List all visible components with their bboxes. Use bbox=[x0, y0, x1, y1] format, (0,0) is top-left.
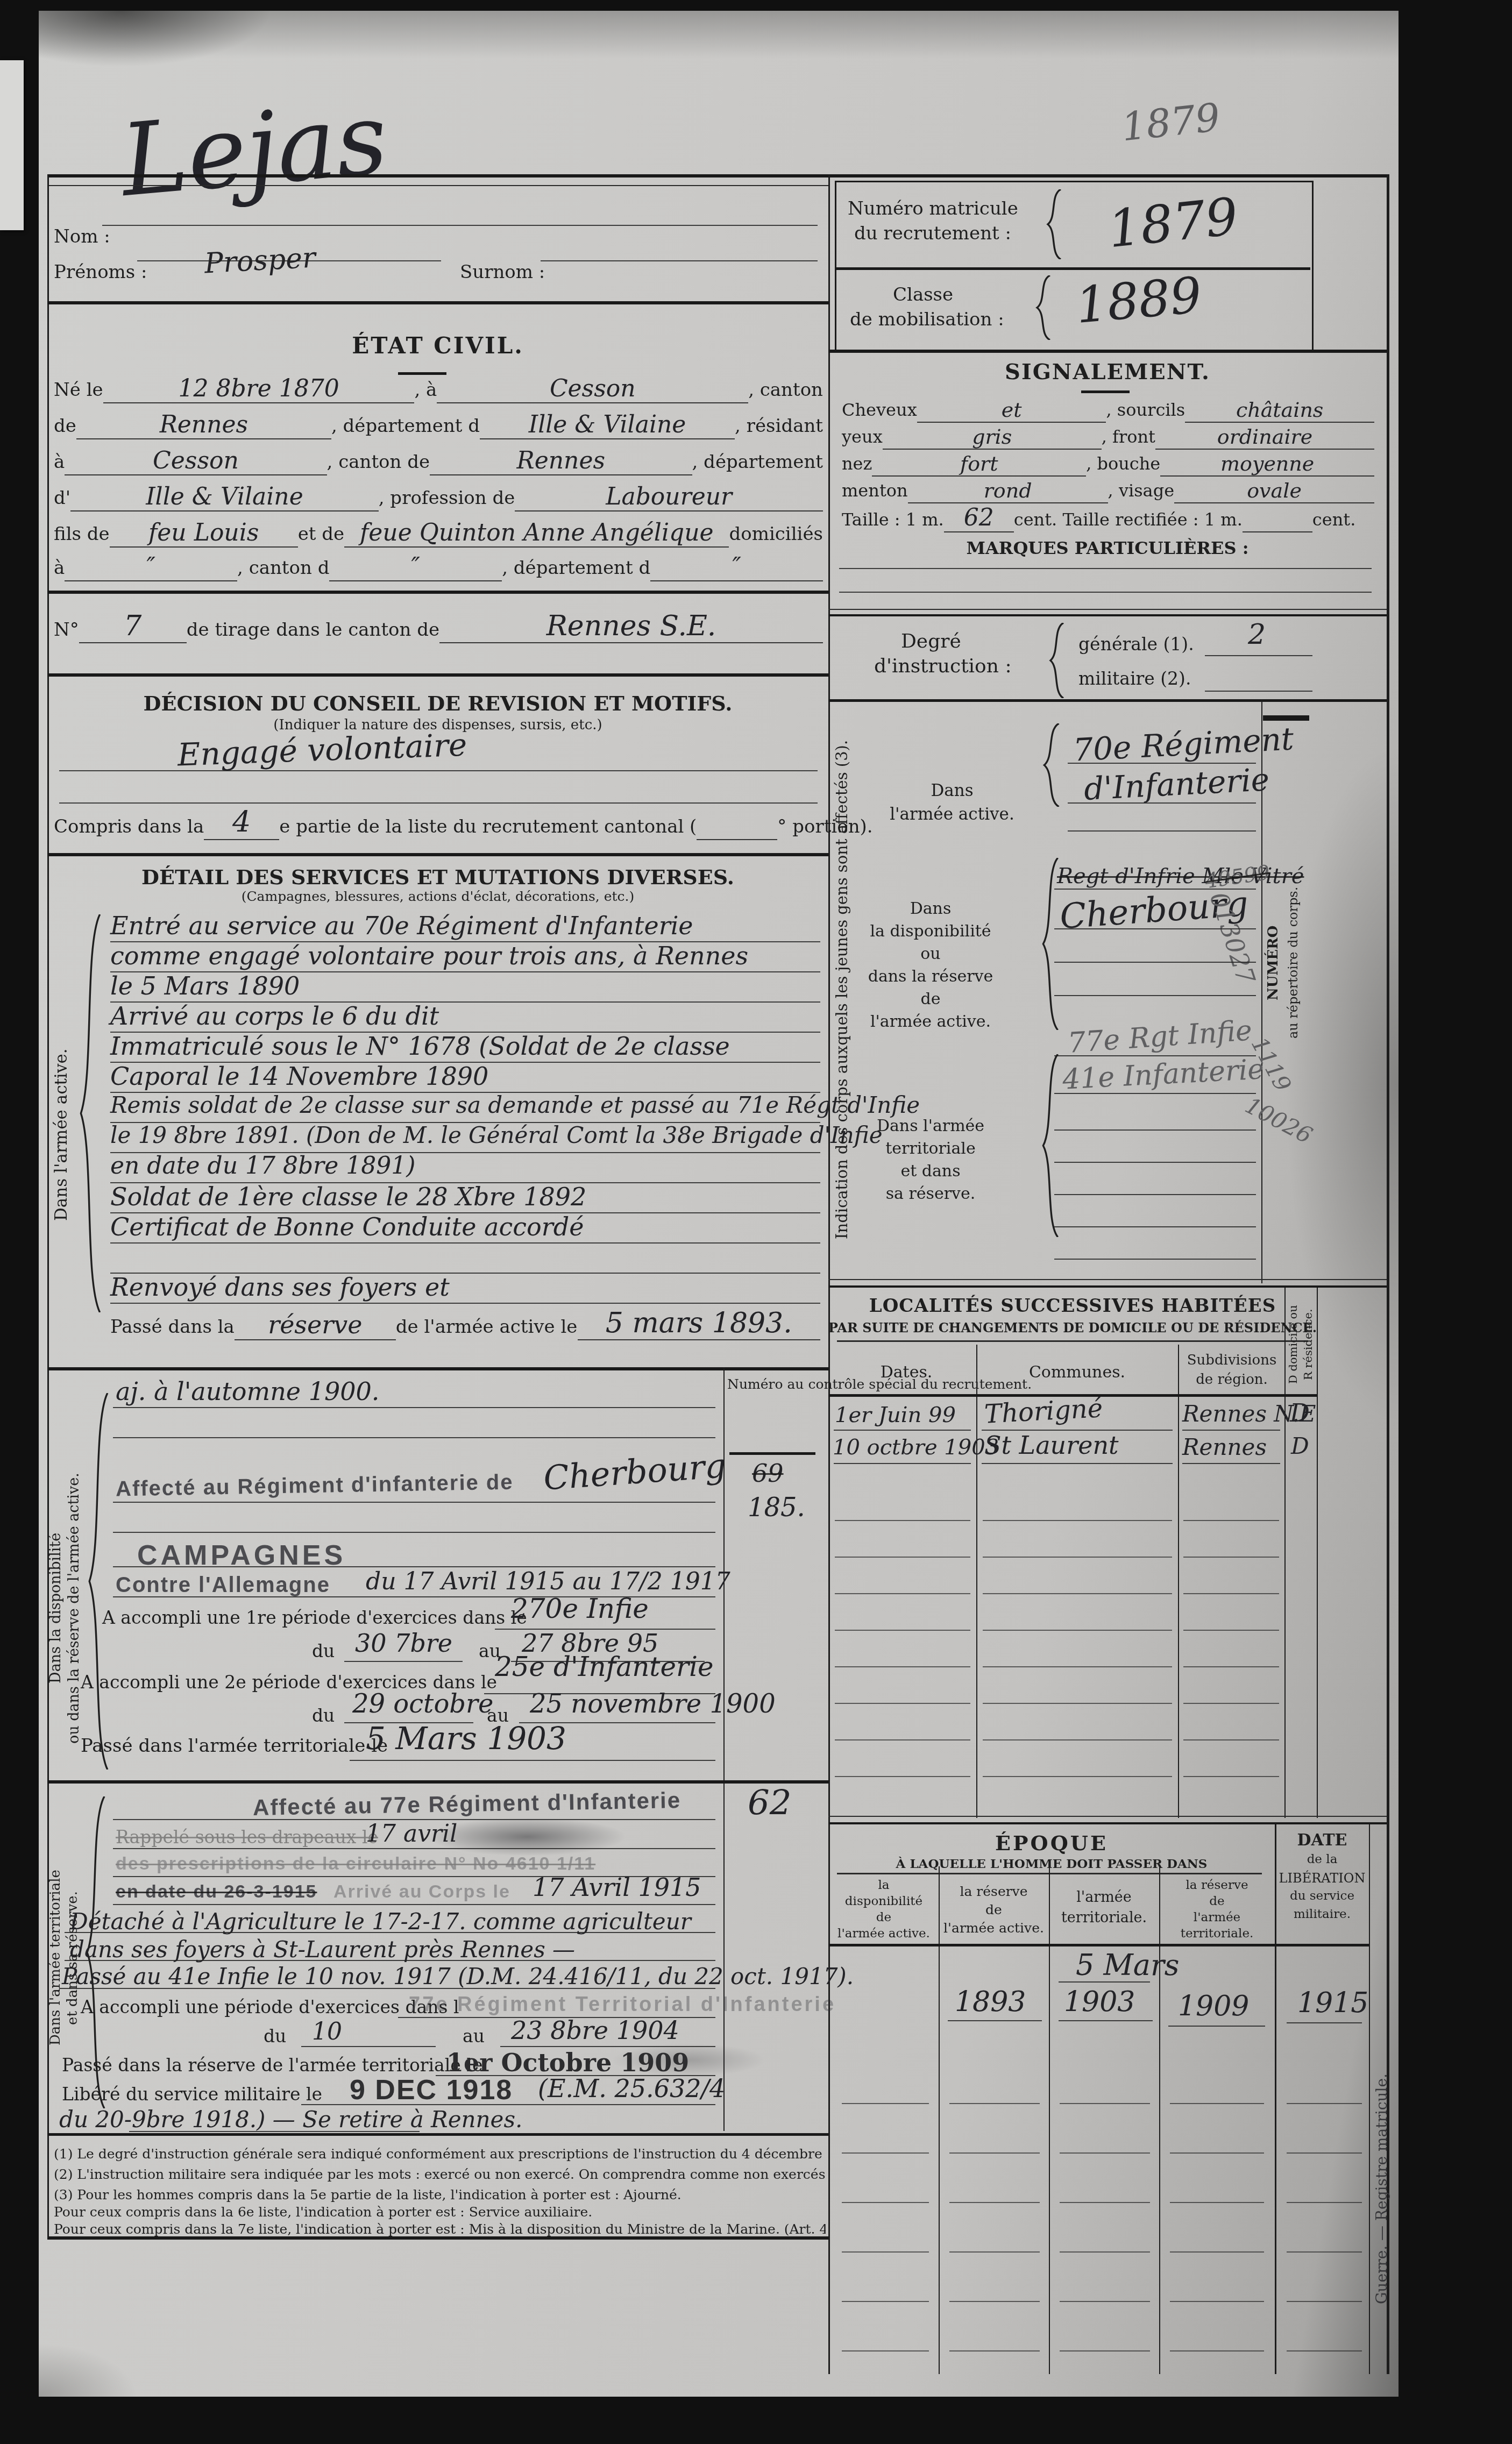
nez-value: fort bbox=[872, 452, 1086, 477]
yeux-label: yeux bbox=[842, 427, 883, 450]
exercices-du: 10 bbox=[312, 2018, 342, 2045]
periode1-corps: 270e Infie bbox=[511, 1593, 649, 1624]
corps-row3-brace bbox=[1041, 1054, 1060, 1237]
classe-value: 1889 bbox=[1074, 266, 1204, 335]
residence-value: Cesson bbox=[65, 447, 326, 475]
epoque-blank-rules bbox=[842, 2055, 929, 2356]
epoque-blank-rules bbox=[1170, 2055, 1264, 2356]
service-line: en date du 17 8bre 1891) bbox=[110, 1152, 820, 1183]
epoque-col1-label: disponibilité bbox=[833, 1894, 935, 1908]
mother-name-value: feue Quinton Anne Angélique bbox=[344, 519, 729, 548]
classe-label-2: de mobilisation : bbox=[850, 309, 1004, 330]
classe-label-1: Classe bbox=[893, 284, 953, 305]
corps-margin-label: Indication des corps auxquels les jeunes… bbox=[833, 715, 851, 1264]
localite-row-date: 1er Juin 99 bbox=[835, 1403, 956, 1427]
detache-agriculture: Détaché à l'Agriculture le 17-2-17. comm… bbox=[70, 1908, 691, 1935]
passe-territoriale-date: 5 Mars 1903 bbox=[366, 1720, 566, 1757]
domicile-ditto: ″ bbox=[65, 553, 237, 581]
corps-row3-label: territoriale bbox=[850, 1139, 1011, 1158]
margin-label-disponibilite-2: ou dans la réserve de l'armée active. bbox=[66, 1398, 82, 1818]
menton-value: rond bbox=[908, 479, 1108, 503]
localites-subtitle: PAR SUITE DE CHANGEMENTS DE DOMICILE OU … bbox=[828, 1320, 1317, 1335]
localites-blank-rules bbox=[835, 1484, 970, 1786]
arrive-corps-stamp: Arrivé au Corps le bbox=[333, 1881, 510, 1902]
epoque-reserve-active-value: 1893 bbox=[955, 1986, 1026, 2018]
footnote: (2) L'instruction militaire sera indiqué… bbox=[54, 2166, 826, 2182]
corps-row2-label: dans la réserve bbox=[850, 967, 1011, 986]
margin-label-armee-active: Dans l'armée active. bbox=[52, 968, 71, 1302]
epoque-date-label: militaire. bbox=[1276, 1907, 1368, 1921]
margin-label-disponibilite-1: Dans la disponibilité bbox=[47, 1398, 64, 1818]
etat-civil-title: ÉTAT CIVIL. bbox=[51, 332, 825, 359]
service-line: le 19 8bre 1891. (Don de M. le Général C… bbox=[110, 1122, 820, 1153]
footnote: Pour ceux compris dans la 6e liste, l'in… bbox=[54, 2204, 826, 2220]
epoque-blank-rules bbox=[1060, 2055, 1150, 2356]
father-name-value: feu Louis bbox=[110, 519, 298, 548]
service-line: Entré au service au 70e Régiment d'Infan… bbox=[110, 911, 820, 942]
localites-col-dr-1: D domicile ou bbox=[1287, 1291, 1300, 1398]
birth-canton-value: Rennes bbox=[76, 411, 331, 439]
sourcils-value: châtains bbox=[1185, 398, 1374, 423]
residence-canton-value: Rennes bbox=[430, 447, 692, 475]
epoque-blank-rules bbox=[949, 2055, 1040, 2356]
exercices-au: 23 8bre 1904 bbox=[511, 2016, 679, 2045]
surnom-label: Surnom : bbox=[460, 261, 545, 283]
service-line: Immatriculé sous le N° 1678 (Soldat de 2… bbox=[110, 1032, 820, 1063]
numero-controle-185: 185. bbox=[748, 1493, 805, 1523]
faded-stamp-smudge bbox=[613, 2044, 764, 2076]
periode2-corps: 25e d'Infanterie bbox=[495, 1651, 714, 1682]
numero-controle-header: Numéro au contrôle spécial du recrutemen… bbox=[727, 1375, 820, 1394]
reserve-territoriale-label: Passé dans la réserve de l'armée territo… bbox=[62, 2055, 482, 2076]
epoque-col4-label: la réserve bbox=[1162, 1878, 1272, 1892]
scanned-military-register-page: { "glyphs": { "open_brace": "{", "em_das… bbox=[0, 0, 1512, 2444]
footnote: Pour ceux compris dans la 7e liste, l'in… bbox=[54, 2221, 826, 2237]
corps-row3-label: sa réserve. bbox=[850, 1184, 1011, 1203]
numero-brace bbox=[1046, 189, 1062, 259]
passe-reserve-value1: réserve bbox=[235, 1310, 396, 1340]
epoque-date-label: DATE bbox=[1276, 1831, 1368, 1850]
instruction-brace bbox=[1049, 623, 1065, 698]
epoque-reserve-terr-value: 1909 bbox=[1178, 1990, 1249, 2022]
passe-reserve-label: Passé dans la bbox=[110, 1316, 235, 1340]
localite-row-commune: Thorigné bbox=[984, 1393, 1104, 1429]
epoque-date-label: LIBÉRATION bbox=[1276, 1871, 1368, 1886]
corps-row1-label-1: Dans bbox=[893, 781, 1011, 800]
passe-41e: Passé au 41e Infie le 10 nov. 1917 (D.M.… bbox=[62, 1963, 854, 1990]
decision-title: DÉCISION DU CONSEIL DE REVISION ET MOTIF… bbox=[51, 691, 825, 715]
degre-label-1: Degré bbox=[901, 630, 961, 652]
ne-le-label: Né le bbox=[54, 379, 103, 403]
paper-fragment-left-edge bbox=[0, 60, 24, 230]
epoque-col4-label: l'armée bbox=[1162, 1910, 1272, 1924]
services-brace bbox=[79, 914, 102, 1312]
footnote: (3) Pour les hommes compris dans la 5e p… bbox=[54, 2187, 826, 2203]
corps-row2-label: ou bbox=[861, 944, 1000, 963]
birth-date-value: 12 8bre 1870 bbox=[103, 375, 415, 403]
prescriptions-line: des prescriptions de la circulaire N° No… bbox=[116, 1853, 595, 1874]
ink-smudge bbox=[430, 1818, 624, 1856]
generale-value: 2 bbox=[1248, 619, 1266, 651]
corps-row2-label: l'armée active. bbox=[850, 1012, 1011, 1031]
margin-caption-guerre-registre: Guerre. — Registre matricule. bbox=[1373, 2001, 1390, 2377]
service-line: Caporal le 14 Novembre 1890 bbox=[110, 1062, 820, 1093]
pencil-62: 62 bbox=[748, 1784, 791, 1823]
services-title: DÉTAIL DES SERVICES ET MUTATIONS DIVERSE… bbox=[51, 865, 825, 889]
localites-col-subdiv-2: de région. bbox=[1181, 1372, 1283, 1388]
contre-allemagne-dates: du 17 Avril 1915 au 17/2 1917 bbox=[366, 1568, 730, 1595]
bouche-value: moyenne bbox=[1160, 452, 1374, 477]
service-line: le 5 Mars 1890 bbox=[110, 971, 820, 1003]
menton-label: menton bbox=[842, 480, 908, 503]
epoque-subtitle: À LAQUELLE L'HOMME DOIT PASSER DANS bbox=[828, 1857, 1275, 1871]
taille-value: 62 bbox=[944, 504, 1014, 532]
epoque-col4-label: de bbox=[1162, 1894, 1272, 1908]
localite-row-commune: St Laurent bbox=[984, 1431, 1119, 1460]
prenoms-label: Prénoms : bbox=[54, 261, 147, 283]
localites-col-subdiv-1: Subdivisions bbox=[1181, 1352, 1283, 1368]
libere-reference: (E.M. 25.632/4 bbox=[538, 2074, 725, 2103]
passe-reserve-date: 5 mars 1893. bbox=[578, 1307, 821, 1340]
service-line: Remis soldat de 2e classe sur sa demande… bbox=[110, 1092, 820, 1123]
localites-title: LOCALITÉS SUCCESSIVES HABITÉES bbox=[828, 1295, 1317, 1317]
periode1-du: 30 7bre bbox=[355, 1629, 452, 1658]
epoque-liberation-value: 1915 bbox=[1297, 1987, 1368, 2019]
compris-partie-value: 4 bbox=[204, 805, 279, 840]
corps-row2-brace bbox=[1041, 858, 1060, 1030]
localite-row-mark: D bbox=[1290, 1398, 1310, 1427]
service-line: comme engagé volontaire pour trois ans, … bbox=[110, 941, 820, 972]
localites-col-communes: Communes. bbox=[979, 1363, 1175, 1382]
militaire-label: militaire (2). bbox=[1078, 668, 1191, 689]
contre-allemagne-stamp: Contre l'Allemagne bbox=[116, 1573, 330, 1597]
periode1-label: A accompli une 1re période d'exercices d… bbox=[102, 1607, 527, 1628]
en-date-stamp: en date du 26-3-1915 bbox=[116, 1881, 317, 1902]
cheveux-label: Cheveux bbox=[842, 400, 917, 423]
classe-brace bbox=[1035, 275, 1052, 340]
localites-blank-rules bbox=[983, 1484, 1172, 1786]
service-line-blank bbox=[110, 1242, 820, 1274]
footnote: (1) Le degré d'instruction générale sera… bbox=[54, 2146, 826, 2162]
generale-label: générale (1). bbox=[1078, 634, 1194, 655]
epoque-title: ÉPOQUE bbox=[828, 1831, 1275, 1855]
epoque-col4-label: territoriale. bbox=[1162, 1927, 1272, 1941]
epoque-col2-label: de bbox=[941, 1902, 1046, 1917]
front-value: ordinaire bbox=[1155, 425, 1374, 450]
service-line: Soldat de 1ère classe le 28 Xbre 1892 bbox=[110, 1182, 820, 1213]
service-line: Certificat de Bonne Conduite accordé bbox=[110, 1212, 820, 1244]
corps-row2-label: Dans bbox=[861, 899, 1000, 918]
domicile-departement-ditto: ″ bbox=[650, 553, 823, 581]
localite-row-subdiv: Rennes bbox=[1182, 1434, 1267, 1460]
birth-place-value: Cesson bbox=[437, 375, 748, 403]
localite-row-date: 10 octbre 1903 bbox=[833, 1435, 999, 1460]
epoque-col2-label: la réserve bbox=[941, 1884, 1046, 1899]
reserve-brace bbox=[87, 1393, 110, 1770]
margin-label-territoriale-1: Dans l'armée territoriale bbox=[47, 1807, 63, 2108]
tirage-canton-value: Rennes S.E. bbox=[439, 610, 823, 643]
epoque-terr-value-1: 5 Mars bbox=[1076, 1948, 1180, 1982]
se-retire: du 20-9bre 1918.) — Se retire à Rennes. bbox=[59, 2106, 522, 2133]
surname-script-large: Lejas bbox=[117, 80, 392, 219]
periode-exercices-label: A accompli une période d'exercices dans … bbox=[81, 1997, 459, 2017]
domicile-canton-ditto: ″ bbox=[329, 553, 502, 581]
epoque-col1-label: la bbox=[833, 1878, 935, 1892]
epoque-date-label: de la bbox=[1276, 1852, 1368, 1866]
corps-row3-label: Dans l'armée bbox=[850, 1117, 1011, 1135]
signalement-title: SIGNALEMENT. bbox=[828, 359, 1387, 385]
arrive-corps-date: 17 Avril 1915 bbox=[533, 1873, 701, 1902]
services-subtitle: (Campagnes, blessures, actions d'éclat, … bbox=[51, 889, 825, 904]
birth-departement-value: Ille & Vilaine bbox=[480, 411, 735, 439]
residence-departement-value: Ille & Vilaine bbox=[70, 483, 379, 511]
degre-label-2: d'instruction : bbox=[874, 655, 1012, 677]
nom-label: Nom : bbox=[54, 226, 110, 247]
localites-col-dates: Dates. bbox=[839, 1363, 974, 1382]
numero-matricule-label-2: du recrutement : bbox=[854, 223, 1011, 244]
nez-label: nez bbox=[842, 453, 872, 477]
epoque-col1-label: de bbox=[833, 1910, 935, 1924]
profession-value: Laboureur bbox=[515, 483, 823, 511]
rappele-label: Rappelé sous les drapeaux le bbox=[116, 1827, 378, 1848]
localites-col-dr-2: R résidence. bbox=[1302, 1291, 1315, 1398]
libere-label: Libéré du service militaire le bbox=[62, 2084, 322, 2105]
epoque-date-label: du service bbox=[1276, 1889, 1368, 1903]
visage-value: ovale bbox=[1174, 479, 1374, 503]
yeux-value: gris bbox=[883, 425, 1102, 450]
epoque-terr-value-2: 1903 bbox=[1064, 1986, 1135, 2018]
service-line: Renvoyé dans ses foyers et bbox=[110, 1273, 820, 1304]
localites-blank-rules bbox=[1183, 1484, 1279, 1786]
periode2-au: 25 novembre 1900 bbox=[530, 1689, 776, 1719]
service-line: Arrivé au corps le 6 du dit bbox=[110, 1001, 820, 1033]
periode2-du: 29 octobre bbox=[352, 1689, 493, 1719]
passe-territoriale-label: Passé dans l'armée territoriale le bbox=[81, 1735, 388, 1757]
epoque-blank-rules bbox=[1287, 2055, 1362, 2356]
marques-label: MARQUES PARTICULIÈRES : bbox=[828, 538, 1387, 558]
corps-row1-label-2: l'armée active. bbox=[871, 805, 1033, 824]
epoque-col2-label: l'armée active. bbox=[941, 1920, 1046, 1936]
regiment-territorial-stamp: 77e Régiment Territorial d'Infanterie bbox=[409, 1993, 836, 2016]
epoque-col1-label: l'armée active. bbox=[833, 1927, 935, 1941]
foyers-st-laurent: dans ses foyers à St-Laurent près Rennes… bbox=[70, 1936, 575, 1963]
corps-row3-label: et dans bbox=[850, 1162, 1011, 1181]
corps-row2-label: la disponibilité bbox=[850, 922, 1011, 941]
corps-row2-label: de bbox=[861, 990, 1000, 1008]
numero-controle-69: 69 bbox=[752, 1459, 784, 1488]
taille-label: Taille : 1 m. bbox=[842, 509, 944, 532]
numero-matricule-label-1: Numéro matricule bbox=[848, 198, 1018, 219]
cheveux-value: et bbox=[917, 398, 1106, 423]
automne-note: aj. à l'automne 1900. bbox=[116, 1377, 379, 1406]
localite-row-mark: D bbox=[1291, 1433, 1309, 1459]
epoque-col3-label: l'armée bbox=[1052, 1889, 1156, 1906]
libere-date-stamp: 9 DEC 1918 bbox=[350, 2074, 513, 2106]
tirage-number-value: 7 bbox=[79, 610, 187, 643]
epoque-col3-label: territoriale. bbox=[1052, 1909, 1156, 1926]
corps-row1-brace bbox=[1042, 723, 1061, 807]
